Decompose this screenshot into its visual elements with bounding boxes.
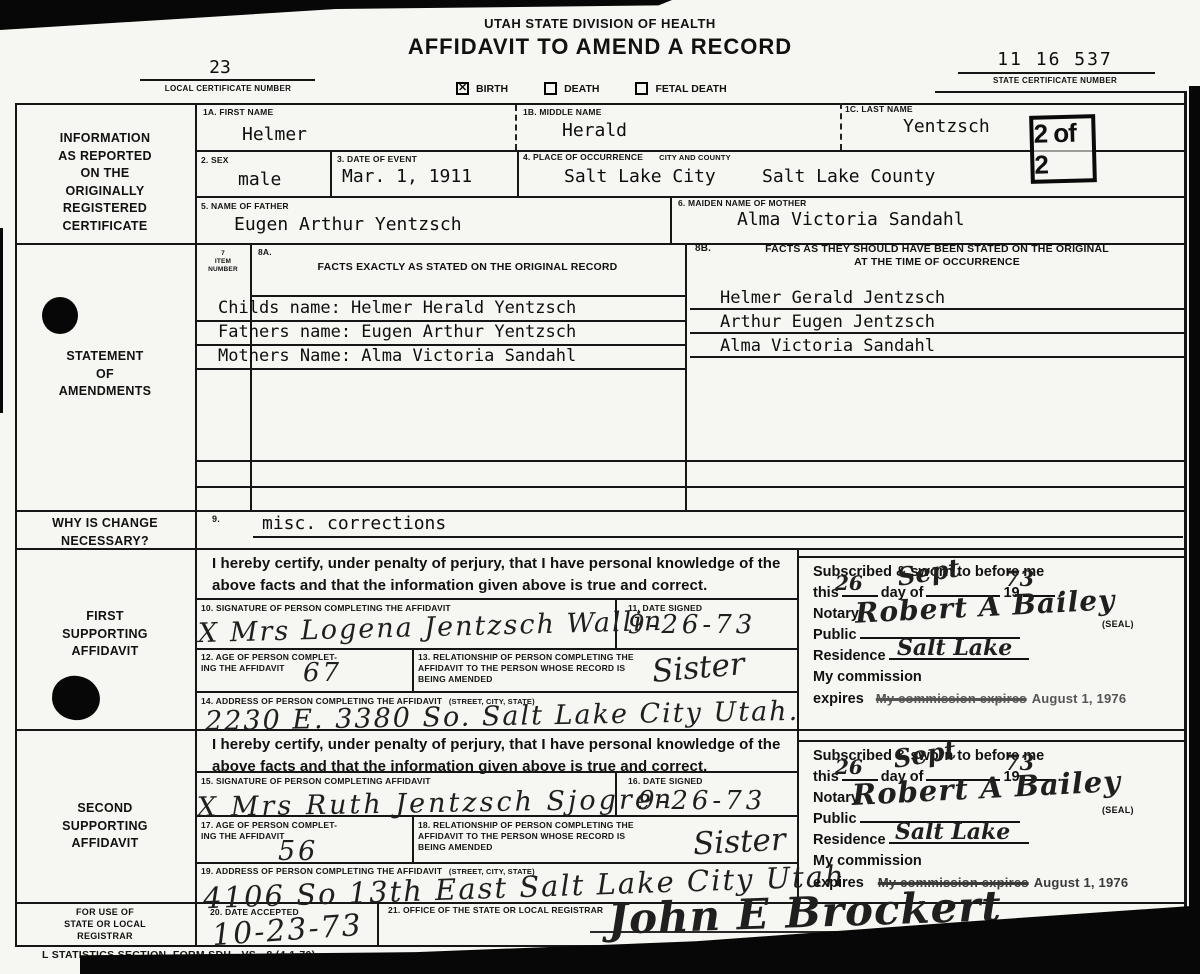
notary-residence-value: Salt Lake [895, 822, 1010, 843]
amendment-row-original: Fathers name: Eugen Arthur Yentzsch [218, 322, 576, 342]
rule [195, 460, 1186, 462]
checkbox-birth: ✕ BIRTH [456, 82, 508, 95]
rule [253, 536, 1183, 538]
rule [690, 356, 1186, 358]
col-8b-header: FACTS AS THEY SHOULD HAVE BEEN STATED ON… [762, 243, 1112, 269]
relationship-label-1a: 13. RELATIONSHIP OF PERSON COMPLETING TH… [418, 652, 634, 662]
registrar-office-label: 21. OFFICE OF THE STATE OR LOCAL REGISTR… [388, 905, 603, 915]
birth-checkbox-box: ✕ [456, 82, 469, 95]
age-value-2: 56 [278, 836, 318, 867]
amendment-row-original: Childs name: Helmer Herald Yentzsch [218, 298, 576, 318]
rule [195, 691, 797, 693]
side-label-amendments: STATEMENT OF AMENDMENTS [16, 348, 194, 401]
amendment-row-corrected: Alma Victoria Sandahl [720, 336, 935, 356]
last-name-value: Yentzsch [903, 116, 990, 137]
state-certificate-number: 11 16 537 [950, 49, 1160, 70]
why-change-value: misc. corrections [262, 513, 446, 534]
date-signed-value-1: 9-26-73 [628, 610, 756, 640]
fetal-death-checkbox-label: FETAL DEATH [655, 83, 726, 95]
side-label-original-info: INFORMATION AS REPORTED ON THE ORIGINALL… [16, 130, 194, 235]
side-label-why-change: WHY IS CHANGE NECESSARY? [16, 515, 194, 550]
col-8b-number: 8B. [695, 243, 711, 254]
col-8a-number: 8A. [258, 247, 272, 257]
age-label-2b: ING THE AFFIDAVIT [201, 831, 285, 841]
rule [15, 103, 1186, 105]
notary-month-value: Sept [892, 739, 958, 770]
fetal-death-checkbox-box [635, 82, 648, 95]
signature-label-2: 15. SIGNATURE OF PERSON COMPLETING AFFID… [201, 776, 431, 786]
first-name-value: Helmer [242, 124, 307, 145]
relationship-value-1: Sister [651, 646, 746, 690]
rule [195, 368, 687, 370]
amendment-row-corrected: Helmer Gerald Jentzsch [720, 288, 945, 308]
amendment-row-corrected: Arthur Eugen Jentzsch [720, 312, 935, 332]
sex-value: male [238, 169, 281, 190]
rule [250, 295, 687, 297]
seal-label: (SEAL) [1102, 800, 1134, 821]
page-stamp: 2 of 2 [1029, 114, 1097, 184]
commission-line1: My commission [813, 851, 1185, 872]
date-signed-value-2: 9-26-73 [638, 786, 766, 816]
relationship-label-2a: 18. RELATIONSHIP OF PERSON COMPLETING TH… [418, 820, 634, 830]
ink-dot [42, 297, 78, 334]
amendment-row-original: Mothers Name: Alma Victoria Sandahl [218, 346, 576, 366]
why-change-item-number: 9. [212, 514, 220, 524]
place-city-value: Salt Lake City [564, 166, 716, 187]
rule [840, 103, 842, 150]
seal-label: (SEAL) [1102, 614, 1134, 635]
rule [517, 150, 519, 196]
rule [330, 150, 332, 196]
rule [195, 598, 797, 600]
rule [690, 308, 1186, 310]
rule [250, 243, 252, 510]
father-name-label: 5. NAME OF FATHER [201, 201, 289, 211]
first-name-label: 1A. FIRST NAME [203, 107, 273, 117]
age-label-2a: 17. AGE OF PERSON COMPLET- [201, 820, 337, 830]
rule [685, 243, 687, 510]
notary-line1: Subscribed & sworn to before me [813, 746, 1185, 767]
state-certificate-label: STATE CERTIFICATE NUMBER [950, 76, 1160, 85]
relationship-label-1c: BEING AMENDED [418, 674, 493, 684]
middle-name-label: 1B. MIDDLE NAME [523, 107, 602, 117]
age-value-1: 67 [303, 658, 342, 688]
date-of-event-value: Mar. 1, 1911 [342, 166, 472, 187]
item-number-column-header: 7 ITEM NUMBER [196, 250, 250, 274]
rule [412, 648, 414, 691]
relationship-label-2b: AFFIDAVIT TO THE PERSON WHOSE RECORD IS [418, 831, 625, 841]
rule [670, 196, 672, 243]
death-checkbox-box [544, 82, 557, 95]
rule [958, 72, 1155, 74]
birth-checkbox-label: BIRTH [476, 83, 508, 95]
sex-label: 2. SEX [201, 155, 229, 165]
mother-name-value: Alma Victoria Sandahl [737, 209, 965, 230]
rule [140, 79, 315, 81]
notary-year-value: 73 [1005, 568, 1034, 589]
certify-statement-2: I hereby certify, under penalty of perju… [212, 734, 804, 777]
relationship-label-1b: AFFIDAVIT TO THE PERSON WHOSE RECORD IS [418, 663, 625, 673]
mother-name-label: 6. MAIDEN NAME OF MOTHER [678, 198, 807, 208]
commission-line1: My commission [813, 667, 1185, 688]
place-of-occurrence-label: 4. PLACE OF OCCURRENCECITY AND COUNTY [523, 152, 731, 162]
notary-day-value: 26 [835, 757, 863, 778]
father-name-value: Eugen Arthur Yentzsch [234, 214, 462, 235]
notary-block-1: Subscribed & sworn to before me thisday … [797, 558, 1185, 710]
checkbox-fetal-death: FETAL DEATH [635, 82, 726, 95]
middle-name-value: Herald [562, 120, 627, 141]
ink-dot [49, 673, 103, 723]
scan-artifact-left [0, 228, 3, 413]
side-label-first-affidavit: FIRST SUPPORTING AFFIDAVIT [16, 608, 194, 661]
scanned-affidavit-document: UTAH STATE DIVISION OF HEALTH AFFIDAVIT … [0, 0, 1200, 974]
rule [935, 91, 1186, 93]
date-of-event-label: 3. DATE OF EVENT [337, 154, 417, 164]
checkbox-death: DEATH [544, 82, 599, 95]
rule [412, 815, 414, 862]
side-label-second-affidavit: SECOND SUPPORTING AFFIDAVIT [16, 800, 194, 853]
col-8a-header: FACTS EXACTLY AS STATED ON THE ORIGINAL … [255, 261, 680, 274]
local-certificate-label: LOCAL CERTIFICATE NUMBER [133, 84, 323, 93]
death-checkbox-label: DEATH [564, 83, 599, 95]
commission-stamp: My commission expiresAugust 1, 1976 [876, 691, 1126, 706]
relationship-label-2c: BEING AMENDED [418, 842, 493, 852]
notary-block-2: Subscribed & sworn to before me thisday … [797, 742, 1185, 894]
scan-artifact-right [1189, 86, 1200, 960]
notary-month-value: Sept [896, 557, 962, 588]
relationship-value-2: Sister [692, 822, 786, 863]
notary-residence-value: Salt Lake [897, 638, 1012, 659]
notary-line1: Subscribed & sworn to before me [813, 562, 1185, 583]
rule [690, 332, 1186, 334]
notary-day-value: 26 [835, 573, 863, 594]
signature-value-2: X Mrs Ruth Jentzsch Sjogren [197, 784, 675, 823]
rule [195, 486, 1186, 488]
commission-line2: expires My commission expiresAugust 1, 1… [813, 688, 1185, 710]
rule [15, 510, 1186, 512]
age-label-1b: ING THE AFFIDAVIT [201, 663, 285, 673]
local-certificate-number: 23 [130, 57, 310, 78]
side-label-registrar-use: FOR USE OF STATE OR LOCAL REGISTRAR [16, 906, 194, 942]
record-type-checkboxes: ✕ BIRTH DEATH FETAL DEATH [456, 82, 727, 95]
last-name-label: 1C. LAST NAME [845, 104, 913, 114]
place-county-value: Salt Lake County [762, 166, 935, 187]
rule [15, 902, 1186, 904]
certify-statement-1: I hereby certify, under penalty of perju… [212, 553, 804, 596]
rule [515, 105, 517, 150]
